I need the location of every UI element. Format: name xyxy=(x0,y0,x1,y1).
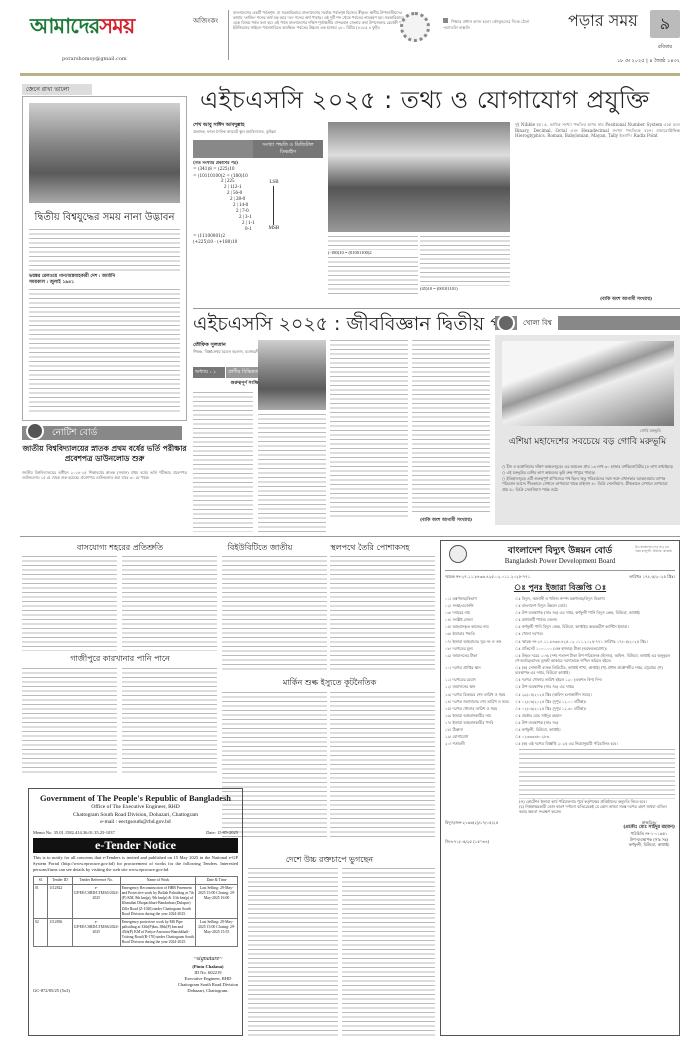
ict-headline[interactable]: এইচএসসি ২০২৫ : তথ্য ও যোগাযোগ প্রযুক্তি xyxy=(200,84,650,116)
tender-signature: ~signature~ (Pintu Chakma) ID No. 602219… xyxy=(178,955,238,993)
list-item: ১৫। দরপত্র খোলার তারিখ ও সময়ঃ ০২/০৬/২০২… xyxy=(445,706,675,711)
news-2-col1 xyxy=(222,556,327,671)
ict-chapter-box: সংখ্যা পদ্ধতি ও ডিজিটাল ডিভাইস xyxy=(193,140,323,158)
ict-col3: (45)10 = (00101101) xyxy=(420,236,510,292)
ict-byline: শেখ আবু সাঈদ আবদুল্লাহ প্রভাষক, ফাতা দৈন… xyxy=(193,122,323,134)
list-item: ১৮। ঠিকানাঃ কর্ণফুলী, বিউবো, কাপ্তাই। xyxy=(445,727,675,732)
newspaper-logo[interactable]: আমাদেরসময় xyxy=(30,12,134,40)
ict-col4: দুই Nibble হয়। ৫. ভাষিক সংখ্যা পদ্ধতির … xyxy=(515,122,680,287)
list-item: ০৮। দরপত্রের মূল্যঃ প্রতিসেট ১০০০.০০ (এক… xyxy=(445,646,675,651)
list-item: ২০। শর্তাবলীঃ (ক) এই দরপত্র বিজ্ঞপ্তি ২০… xyxy=(445,741,675,746)
news-headline-2[interactable]: বিইউবিটিতে জাতীয় xyxy=(220,543,300,554)
bpdb-logo-icon xyxy=(449,545,467,563)
news-4-col1 xyxy=(22,668,117,776)
list-item: ০১। মন্ত্রণালয়/বিভাগঃ বিদ্যুৎ, জ্বালানী… xyxy=(445,596,675,601)
bio-col2 xyxy=(258,414,326,532)
railway-gun-photo xyxy=(29,103,180,203)
news-1-col2 xyxy=(122,556,217,651)
news-6-col2 xyxy=(342,868,435,1038)
bio-continued: (বাকি অংশ আগামী সংখ্যায়) xyxy=(420,518,472,524)
gobi-headline[interactable]: এশিয়া মহাদেশের সবচেয়ে বড় গোবি মরুভূমি xyxy=(500,436,675,449)
ww2-headline: দ্বিতীয় বিশ্বযুদ্ধের সময় নানা উদ্ভাবন xyxy=(23,209,186,226)
news-4-col2 xyxy=(122,668,217,776)
notice-body: জাতীয় বিশ্ববিদ্যালয়ের অধীনে ২০২৪-২৫ শি… xyxy=(22,470,187,530)
table-row: 021112836e-GP/EE/CSRD/LTM/66/2024-2025Em… xyxy=(34,918,238,947)
notice-board-tab: নোটিশ বোর্ড xyxy=(22,426,182,440)
quote: শিক্ষার প্রধান কাজ হলো কৌতূহলের দিকে ঠেল… xyxy=(443,18,533,30)
contact-email[interactable]: porarshomoy@gmail.com xyxy=(62,56,127,63)
list-item: ১০। দরপত্র প্রাপ্তির স্থানঃ (ক) সোনালী ব… xyxy=(445,665,675,675)
ict-col2: (-180)10 = (01001100)2 xyxy=(328,236,418,297)
ww2-feature-box: দ্বিতীয় বিশ্বযুদ্ধের সময় নানা উদ্ভাবন … xyxy=(22,96,187,421)
news-headline-4[interactable]: গাজীপুরে কারখানার পানি পানে xyxy=(20,654,220,665)
list-item: ০৬। ইজারার পদ্ধতিঃ খোলা দরপত্র। xyxy=(445,631,675,636)
header-divider xyxy=(20,73,680,76)
ww2-sub2: সময়কাল : জুলাই ১৯৪১ xyxy=(29,280,180,286)
list-item: ০২। সংস্থা/এজেন্সিঃ বাংলাদেশ বিদ্যুৎ উন্… xyxy=(445,603,675,608)
list-item: ১৯। যোগাযোগঃ ০২৩৩৩৩৮০২৮৩ xyxy=(445,734,675,739)
ww2-body xyxy=(29,229,180,271)
news-3-col xyxy=(330,556,435,671)
divider xyxy=(193,308,680,309)
list-item: ০৭। ইজারা আহবানের সূত্র নং ও তাংঃ স্মারক… xyxy=(445,639,675,644)
globe-icon xyxy=(497,314,515,332)
ict-continued: (বাকি অংশ আগামী সংখ্যায়) xyxy=(600,297,652,303)
list-item: ১৪। দরপত্র জমাদানের শেষ তারিখ ও সময়ঃ ০২… xyxy=(445,699,675,704)
tender-table: Sl. Tender ID Tender Reference No. Name … xyxy=(33,876,238,948)
ajinkong-intro: বাংলাদেশের একটি পর্বতশৃঙ্গ, যা সরকারিভাব… xyxy=(228,10,408,60)
section-tag: জেনে রাখা ভালো xyxy=(22,84,92,95)
news-1-col1 xyxy=(22,556,117,651)
bpdb-rows: ০১। মন্ত্রণালয়/বিভাগঃ বিদ্যুৎ, জ্বালানী… xyxy=(445,596,675,747)
list-item: ০৯। জামানতের টাকাঃ উদ্ধৃত দরের ১০% (দশ) … xyxy=(445,653,675,663)
news-6-col1 xyxy=(248,868,338,1038)
tender-email[interactable]: e-mail : eectgsouth@rhd.gov.bd xyxy=(33,819,238,826)
bio-col3 xyxy=(330,340,408,520)
gobi-bullets: ○ চীন ও মঙ্গোলিয়ার দক্ষিণ অঞ্চলজুড়ে। এ… xyxy=(502,464,674,492)
table-row: 011112822e-GP/EE/CSRD/LTM/65/2024-2025Em… xyxy=(34,885,238,919)
ajinkong-label: অজিংকং xyxy=(193,17,218,26)
bio-headline[interactable]: এইচএসসি ২০২৫ : জীববিজ্ঞান দ্বিতীয় পত্র xyxy=(193,312,517,338)
photo-caption: গোবি মরুভূমি xyxy=(640,428,661,433)
news-headline-1[interactable]: বাসযোগ্য শহরের প্রতিশ্রুতি xyxy=(20,543,220,554)
divider xyxy=(20,536,680,537)
ict-math: (গত সংখ্যার প্রকাশের পর) = (341)8 = (225… xyxy=(193,160,323,245)
weekday: রবিবার xyxy=(658,44,672,51)
e-tender-notice: Government of The People's Republic of B… xyxy=(28,788,243,1036)
bpdb-lease-notice: বাংলাদেশ বিদ্যুৎ উন্নয়ন বোর্ড Banglades… xyxy=(440,540,680,1036)
page-number: ৯ xyxy=(650,10,680,38)
bio-photo xyxy=(258,340,326,410)
news-headline-3[interactable]: স্থলপথে তৈরি পোশাকসহ xyxy=(300,543,440,554)
issue-date: ১৮ মে ২০২৫ | ৪ জ্যৈষ্ঠ ১৪৩২ xyxy=(568,58,680,65)
quill-seal-icon xyxy=(400,12,430,42)
notice-headline[interactable]: জাতীয় বিশ্ববিদ্যালয়ের স্নাতক প্রথম বর্… xyxy=(22,444,187,464)
desert-photo xyxy=(502,341,674,426)
news-headline-5[interactable]: মার্কিন শুল্ক ইস্যুতে কূটনৈতিক xyxy=(222,678,437,689)
news-5-col2 xyxy=(330,692,435,840)
bpdb-signature: স্বাক্ষরিত/ (প্রকৌঃ মোঃ সাইদুর রহমান) পর… xyxy=(623,820,675,848)
list-item: ০৩। দপ্তরের নামঃ উপ-ব্যবস্থাপক (সাঃ সঃ) … xyxy=(445,610,675,615)
list-item: ১২। জমাদানের স্থানঃ উপ-ব্যবস্থাপক (সাঃ স… xyxy=(445,684,675,689)
list-item: ১১। দরপত্রের মেয়াদঃ দরপত্র খোলার তারিখ … xyxy=(445,677,675,682)
list-item: ০৪। সংশ্লিষ্ট জেলাঃ রাঙ্গামাটি পার্বত্য … xyxy=(445,617,675,622)
bio-col4 xyxy=(412,340,490,512)
list-item: ১৭। ইজারা আহবানকারীর পদবিঃ উপ-ব্যবস্থাপক… xyxy=(445,720,675,725)
news-headline-6[interactable]: দেশে উচ্চ রক্তচাপে ভুগছেন xyxy=(222,855,437,866)
list-item: ১৩। দরপত্র বিক্রয়ের শেষ তারিখ ও সময়ঃ ২… xyxy=(445,692,675,697)
list-item: ০৫। আহবানকৃত কাজের নামঃ কর্ণফুলী পানি বি… xyxy=(445,624,675,629)
bio-col1 xyxy=(193,392,253,532)
khola-bishwa-tab: খোলা বিশ্ব xyxy=(495,316,680,330)
list-item: ১৬। ইজারা আহবানকারীর নামঃ প্রকৌঃ মোঃ সাই… xyxy=(445,713,675,718)
e-tender-banner: e-Tender Notice xyxy=(33,838,238,853)
exam-hall-photo xyxy=(328,122,510,232)
ww2-body-2 xyxy=(29,289,180,414)
pushpin-icon xyxy=(26,422,44,440)
section-title: পড়ার সময় xyxy=(568,10,638,32)
